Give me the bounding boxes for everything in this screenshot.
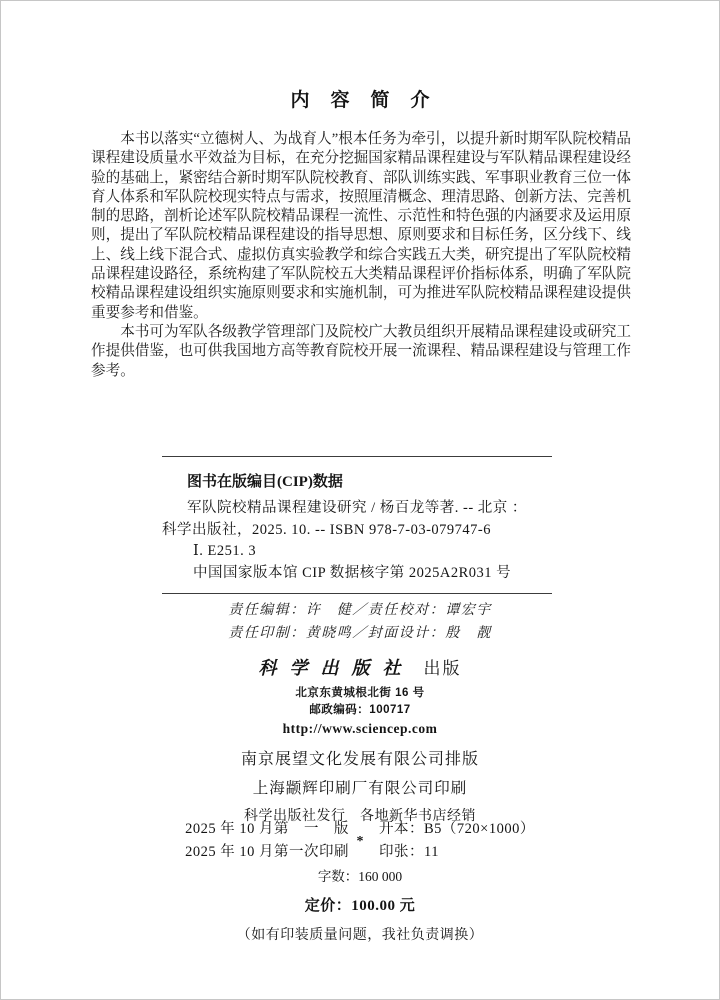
publisher-website: http://www.sciencep.com — [1, 721, 719, 737]
intro-section: 本书以落实“立德树人、为战育人”根本任务为牵引，以提升新时期军队院校精品课程建设… — [91, 130, 631, 381]
printing-cover-design-line: 责任印制：黄晓鸣／封面设计：殷 靓 — [1, 623, 719, 646]
publisher-address: 北京东黄城根北街 16 号 — [1, 685, 719, 702]
cip-record-number-line: 中国国家版本馆 CIP 数据核字第 2025A2R031 号 — [193, 563, 552, 585]
editor-proofreader-line: 责任编辑：许 健／责任校对：谭宏宇 — [1, 600, 719, 623]
cip-data-block: 图书在版编目(CIP)数据 军队院校精品课程建设研究 / 杨百龙等著. -- 北… — [162, 456, 552, 594]
edition-block: 2025 年 10 月第 一 版 开本：B5（720×1000） 2025 年 … — [1, 818, 719, 944]
cip-heading: 图书在版编目(CIP)数据 — [187, 470, 552, 491]
staff-credits: 责任编辑：许 健／责任校对：谭宏宇 责任印制：黄晓鸣／封面设计：殷 靓 — [1, 600, 719, 645]
page-title: 内容简介 — [1, 85, 719, 112]
science-press-logo: 科学出版社 — [259, 658, 414, 678]
edition-lines: 2025 年 10 月第 一 版 开本：B5（720×1000） 2025 年 … — [185, 818, 535, 863]
typesetter-line: 南京展望文化发展有限公司排版 — [1, 746, 719, 769]
quality-notice-line: （如有印装质量问题，我社负责调换） — [1, 924, 719, 944]
edition-first-line: 2025 年 10 月第 一 版 开本：B5（720×1000） — [185, 818, 535, 841]
book-copyright-page: 内容简介 本书以落实“立德树人、为战育人”根本任务为牵引，以提升新时期军队院校精… — [0, 0, 720, 1000]
publish-label: 出版 — [424, 659, 462, 678]
printer-line: 上海颛辉印刷厂有限公司印刷 — [1, 776, 719, 798]
publisher-logo-line: 科学出版社出版 — [1, 654, 719, 680]
publisher-postcode: 邮政编码：100717 — [1, 702, 719, 719]
cip-title-line: 军队院校精品课程建设研究 / 杨百龙等著. -- 北京 ： — [187, 498, 552, 520]
cip-classification-line: Ⅰ. E251. 3 — [193, 541, 552, 563]
word-count-line: 字数：160 000 — [1, 865, 719, 885]
cip-publisher-isbn-line: 科学出版社，2025. 10. -- ISBN 978-7-03-079747-… — [162, 520, 552, 542]
intro-paragraph-2: 本书可为军队各级教学管理部门及院校广大教员组织开展精品课程建设或研究工作提供借鉴… — [91, 323, 631, 381]
intro-paragraph-1: 本书以落实“立德树人、为战育人”根本任务为牵引，以提升新时期军队院校精品课程建设… — [91, 130, 631, 323]
price-line: 定价：100.00 元 — [1, 894, 719, 915]
edition-print-run-line: 2025 年 10 月第一次印刷 印张：11 — [185, 841, 535, 864]
